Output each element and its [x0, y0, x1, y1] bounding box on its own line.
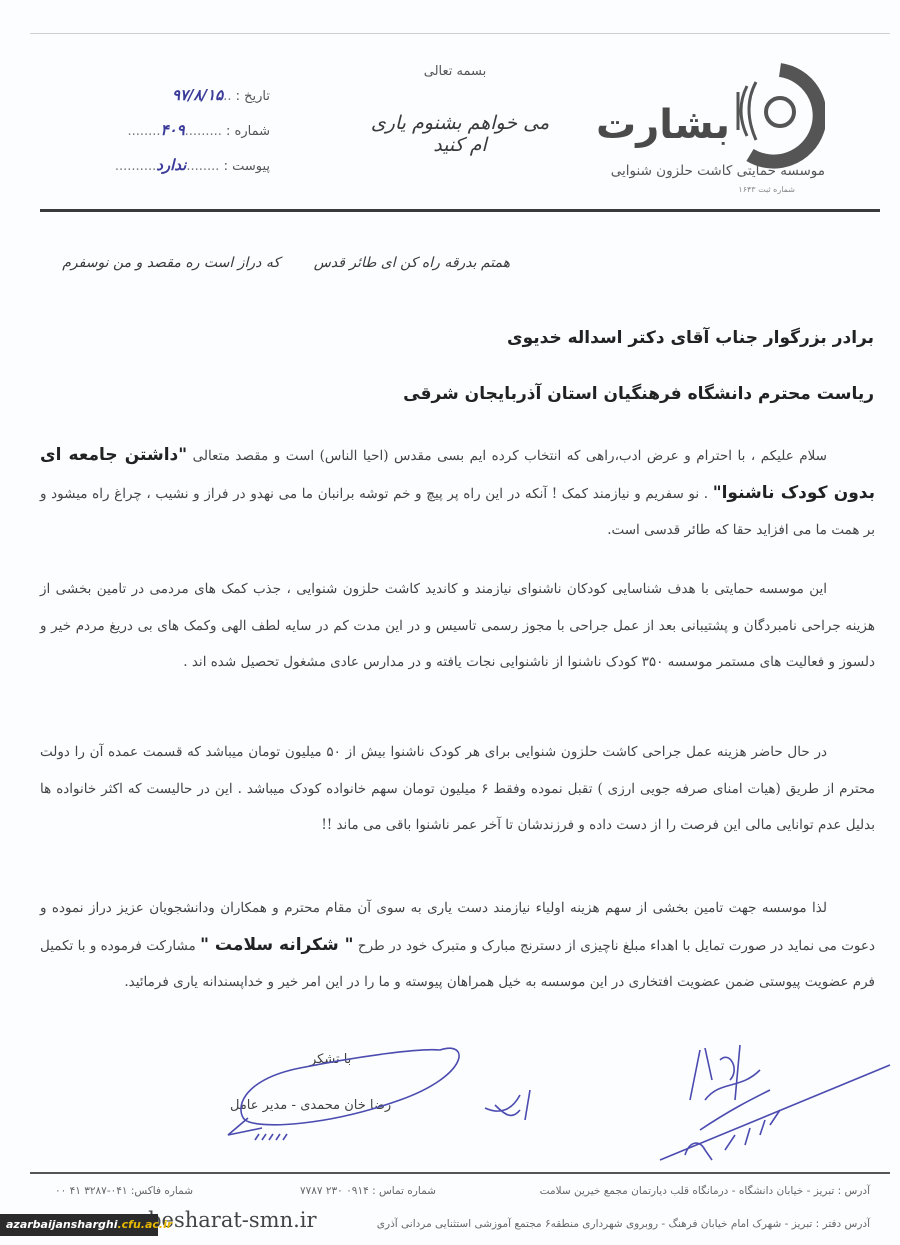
program-name: " شکرانه سلامت " [200, 935, 353, 955]
attachment-value: ندارد [156, 156, 186, 174]
besmeh-heading: بسمه تعالی [400, 64, 510, 79]
attachment-label: پیوست : [224, 159, 270, 174]
number-label: شماره : [226, 124, 270, 139]
recipient-name: برادر بزرگوار جناب آقای دکتر اسداله خدیو… [507, 328, 874, 348]
footer-office-address: آدرس دفتر : تبریز - شهرک امام خیابان فره… [377, 1218, 870, 1230]
registration-number: شماره ثبت ۱۶۴۳ [738, 185, 795, 194]
paragraph-costs: در حال حاضر هزینه عمل جراحی کاشت حلزون ش… [40, 734, 875, 844]
initials-signature [485, 1090, 530, 1120]
date-label: تاریخ : [236, 89, 270, 104]
poem-right-hemistich: همتم بدرقه راه کن ای طائر قدس [314, 255, 510, 271]
number-field: شماره : .........۴۰۹........ [70, 121, 270, 139]
site-watermark: azarbaijansharghi.cfu.ac.ir [0, 1214, 158, 1236]
footer-phone: شماره تماس : ۰۹۱۴ ۲۳۰ ۷۷۸۷ [300, 1185, 436, 1197]
referral-note [690, 1045, 740, 1100]
org-name: بشارت [596, 102, 730, 148]
date-value: ۹۷/۸/۱۵ [172, 86, 223, 104]
motto-calligraphy: می خواهم بشنوم یاری ام کنید [360, 112, 560, 156]
signer-name: رضا خان محمدی - مدیر عامل [230, 1098, 391, 1113]
top-scan-edge [30, 33, 890, 34]
footer-divider [30, 1172, 890, 1174]
poem-left-hemistich: که دراز است ره مقصد و من نوسفرم [62, 255, 280, 271]
paragraph-about: این موسسه حمایتی با هدف شناسایی کودکان ن… [40, 571, 875, 681]
header-divider [40, 209, 880, 212]
attachment-field: پیوست : ........ندارد.......... [70, 156, 270, 174]
paragraph-request: لذا موسسه جهت تامین بخشی از سهم هزینه او… [40, 890, 875, 1001]
org-subtitle: موسسه حمایتی کاشت حلزون شنوایی [611, 163, 825, 179]
paragraph-greeting: سلام علیکم ، با احترام و عرض ادب،راهی که… [40, 437, 875, 549]
number-value: ۴۰۹ [161, 121, 185, 139]
footer-address: آدرس : تبریز - خیابان دانشگاه - درمانگاه… [540, 1185, 870, 1197]
org-logo: بشارت موسسه حمایتی کاشت حلزون شنوایی شما… [610, 60, 825, 190]
date-field: تاریخ : ..۹۷/۸/۱۵ [70, 86, 270, 104]
recipient-title: ریاست محترم دانشگاه فرهنگیان استان آذربا… [403, 384, 874, 404]
closing-text: با تشکر [310, 1052, 351, 1067]
footer-fax: شماره فاکس: ۰۴۱-۳۲۸۷ ۴۱ ۰۰ [55, 1185, 193, 1197]
